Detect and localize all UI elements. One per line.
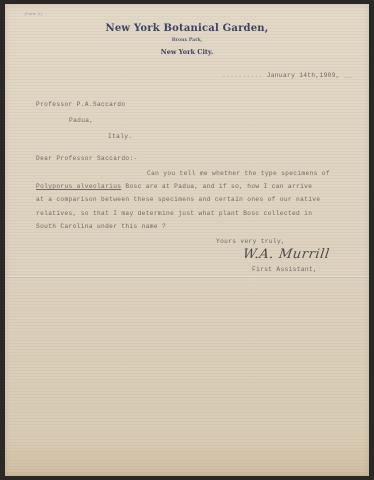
paper-fold (5, 276, 369, 277)
letterhead-subtitle: Bronx Park, (5, 38, 369, 43)
body-line-5: South Carolina under this name ? (36, 223, 166, 230)
letterhead-title: New York Botanical Garden, (5, 23, 369, 34)
salutation: Dear Professor Saccardo:- (36, 155, 138, 162)
body-line-1: Can you tell me whether the type specime… (147, 170, 330, 177)
recipient-country: Italy. (108, 133, 132, 140)
species-name: Polyporus alveolarius (36, 183, 121, 190)
closing: Yours very truly, (216, 238, 285, 245)
letter-page: (Form 1) New York Botanical Garden, Bron… (5, 4, 369, 476)
body-line-2: Polyporus alveolarius Bosc are at Padua,… (36, 183, 312, 190)
form-number: (Form 1) (24, 12, 42, 16)
recipient-name: Professor P.A.Saccardo (36, 101, 125, 108)
date-leader: .......... (222, 72, 263, 79)
body-line-3: at a comparison between these specimens … (36, 196, 320, 203)
body-line-4: relatives, so that I may determine just … (36, 210, 312, 217)
scan-frame: (Form 1) New York Botanical Garden, Bron… (0, 0, 374, 480)
signature: W.A. Murrill (242, 247, 331, 262)
letter-date: January 14th,1909, (267, 72, 340, 79)
date-trailer: __ (344, 72, 352, 79)
signer-title: First Assistant, (252, 266, 317, 273)
letterhead-city: New York City. (5, 48, 369, 56)
date-line: .......... January 14th,1909, __ (222, 72, 352, 79)
recipient-city: Padua, (69, 117, 93, 124)
body-line-2-rest: Bosc are at Padua, and if so, how I can … (121, 183, 312, 190)
